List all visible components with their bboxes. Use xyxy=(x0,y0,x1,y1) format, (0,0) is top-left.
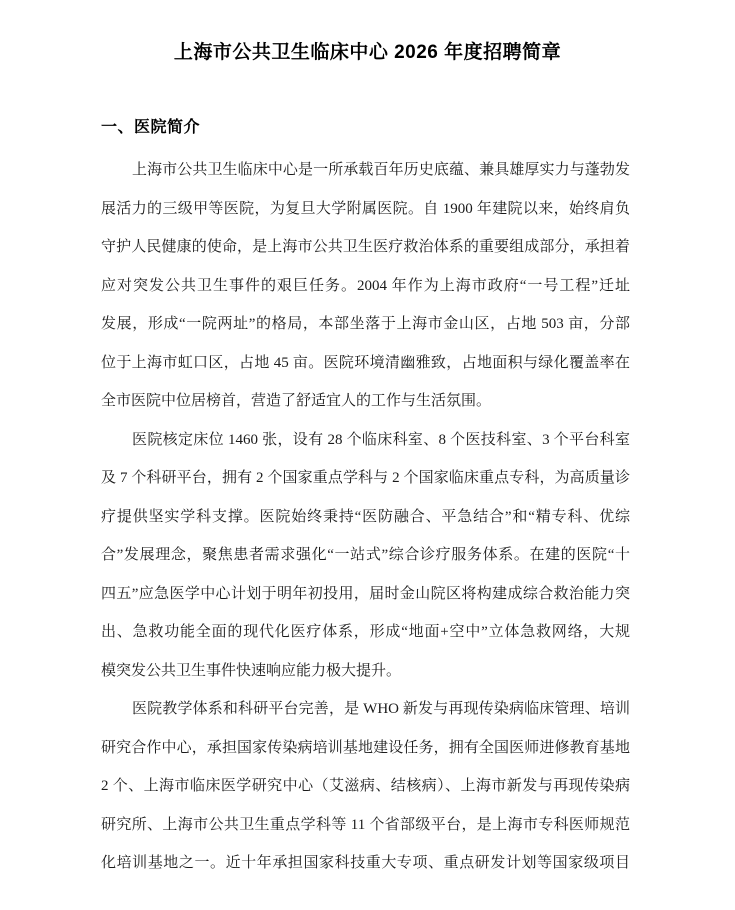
paragraph-research-teaching: 医院教学体系和科研平台完善，是 WHO 新发与再现传染病临床管理、培训和 研究合… xyxy=(101,690,630,883)
text-line: 守护人民健康的使命，是上海市公共卫生医疗救治体系的重要组成部分，承担着 xyxy=(101,228,630,267)
text-line: 模突发公共卫生事件快速响应能力极大提升。 xyxy=(101,652,630,691)
text-line: 2 个、上海市临床医学研究中心（艾滋病、结核病）、上海市新发与再现传染病 xyxy=(101,767,630,806)
text-line: 上海市公共卫生临床中心是一所承载百年历史底蕴、兼具雄厚实力与蓬勃发 xyxy=(101,151,630,190)
text-line: 全市医院中位居榜首，营造了舒适宜人的工作与生活氛围。 xyxy=(101,382,630,421)
section-heading: 一、医院简介 xyxy=(101,114,200,137)
text-line: 疗提供坚实学科支撑。医院始终秉持“医防融合、平急结合”和“精专科、优综 xyxy=(101,498,630,537)
text-line: 四五”应急医学中心计划于明年初投用，届时金山院区将构建成综合救治能力突 xyxy=(101,575,630,614)
document-body: 上海市公共卫生临床中心是一所承载百年历史底蕴、兼具雄厚实力与蓬勃发 展活力的三级… xyxy=(101,151,630,883)
text-line: 及 7 个科研平台，拥有 2 个国家重点学科与 2 个国家临床重点专科，为高质量… xyxy=(101,459,630,498)
text-line: 应对突发公共卫生事件的艰巨任务。2004 年作为上海市政府“一号工程”迁址 xyxy=(101,267,630,306)
text-line: 化培训基地之一。近十年承担国家科技重大专项、重点研发计划等国家级项目 xyxy=(101,844,630,883)
text-line: 研究所、上海市公共卫生重点学科等 11 个省部级平台，是上海市专科医师规范 xyxy=(101,806,630,845)
text-line: 发展，形成“一院两址”的格局，本部坐落于上海市金山区，占地 503 亩，分部 xyxy=(101,305,630,344)
paragraph-hospital-intro: 上海市公共卫生临床中心是一所承载百年历史底蕴、兼具雄厚实力与蓬勃发 展活力的三级… xyxy=(101,151,630,421)
text-line: 展活力的三级甲等医院，为复旦大学附属医院。自 1900 年建院以来，始终肩负 xyxy=(101,190,630,229)
text-line: 合”发展理念，聚焦患者需求强化“一站式”综合诊疗服务体系。在建的医院“十 xyxy=(101,536,630,575)
text-line: 位于上海市虹口区，占地 45 亩。医院环境清幽雅致，占地面积与绿化覆盖率在 xyxy=(101,344,630,383)
text-line: 研究合作中心，承担国家传染病培训基地建设任务，拥有全国医师进修教育基地 xyxy=(101,729,630,768)
text-line: 医院教学体系和科研平台完善，是 WHO 新发与再现传染病临床管理、培训和 xyxy=(101,690,630,729)
document-page: 上海市公共卫生临床中心 2026 年度招聘简章 一、医院简介 上海市公共卫生临床… xyxy=(0,0,735,910)
paragraph-facilities: 医院核定床位 1460 张，设有 28 个临床科室、8 个医技科室、3 个平台科… xyxy=(101,421,630,691)
document-title: 上海市公共卫生临床中心 2026 年度招聘简章 xyxy=(0,37,735,64)
text-line: 医院核定床位 1460 张，设有 28 个临床科室、8 个医技科室、3 个平台科… xyxy=(101,421,630,460)
text-line: 出、急救功能全面的现代化医疗体系，形成“地面+空中”立体急救网络，大规 xyxy=(101,613,630,652)
